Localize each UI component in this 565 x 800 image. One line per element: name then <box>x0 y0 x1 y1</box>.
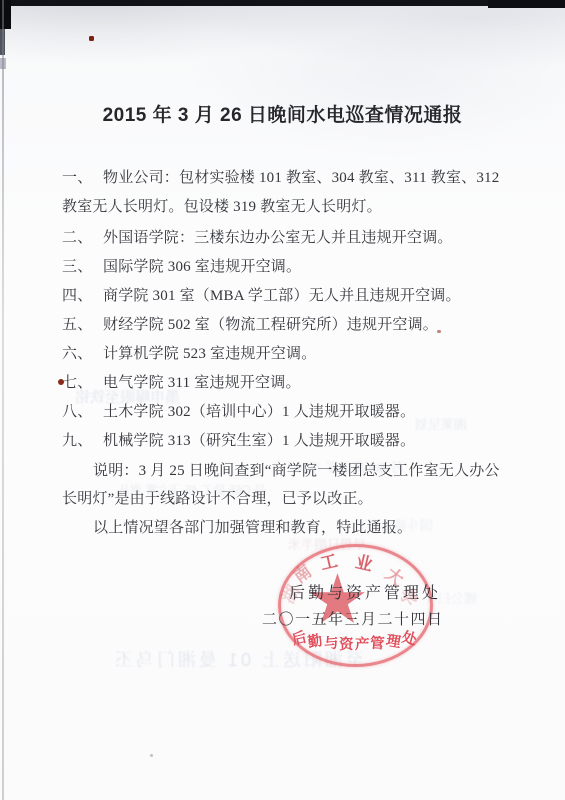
item-text: 国际学院 306 室违规开空调。 <box>103 259 301 275</box>
bleedthrough-text: 号 C65 励工 45 飞六雾 谢丛 <box>118 481 266 498</box>
item-number: 三、 <box>62 255 103 276</box>
seal-bottom-char: 产 <box>354 633 369 654</box>
seal-bottom-char: 管 <box>369 631 385 653</box>
seal-bottom-char: 资 <box>339 633 354 654</box>
item-text: 外国语学院：三楼东边办公室无人并且违规开空调。 <box>103 230 453 246</box>
official-seal: 湖 南 工 业 大 学 后 勤 与 资 产 管 理 处 <box>278 544 434 668</box>
item-text: 商学院 301 室（MBA 学工部）无人并且违规开空调。 <box>103 288 461 304</box>
bleedthrough-text: 号 6t9 高之零 斗26 <box>295 457 403 476</box>
ink-speck <box>150 754 153 757</box>
item-text: 教室无人长明灯。包设楼 319 教室无人长明灯。 <box>62 199 382 215</box>
item-text: 计算机学院 523 室违规开空调。 <box>103 346 316 362</box>
bleedthrough-text: 墨申曝眼至铁铭 <box>75 386 180 407</box>
notice-item-9: 九、机械学院 313（研究生室）1 人违规开取暖器。 <box>62 429 415 450</box>
notice-item-1-line-2: 教室无人长明灯。包设楼 319 教室无人长明灯。 <box>62 195 382 216</box>
scan-edge-top <box>0 0 565 6</box>
seal-bottom-char: 与 <box>323 631 339 653</box>
bleedthrough-text: 湘莱呈划 <box>415 414 467 433</box>
red-ink-dot <box>89 36 94 41</box>
seal-bottom-char: 理 <box>384 629 402 652</box>
notice-item-6: 六、计算机学院 523 室违规开空调。 <box>62 342 316 363</box>
bleedthrough-text: 国斗盛之必丁 <box>355 515 433 534</box>
item-number: 四、 <box>62 284 103 305</box>
notice-item-3: 三、国际学院 306 室违规开空调。 <box>62 255 301 276</box>
seal-bottom-text: 后 勤 与 资 产 管 理 处 <box>278 632 430 653</box>
signature-office: 后勤与资产管理处 <box>289 580 441 603</box>
item-text: 机械学院 313（研究生室）1 人违规开取暖器。 <box>103 433 415 449</box>
notice-title: 2015 年 3 月 26 日晚间水电巡查情况通报 <box>0 100 565 127</box>
scan-edge-top-right <box>488 0 565 8</box>
item-number: 一、 <box>62 166 103 187</box>
notice-item-2: 二、外国语学院：三楼东边办公室无人并且违规开空调。 <box>62 226 453 247</box>
scanned-notice-page: 2015 年 3 月 26 日晚间水电巡查情况通报 一、物业公司：包材实验楼 1… <box>0 0 565 800</box>
item-text: 财经学院 502 室（物流工程研究所）违规开空调。 <box>103 317 438 333</box>
item-number: 二、 <box>62 226 103 247</box>
notice-item-4: 四、商学院 301 室（MBA 学工部）无人并且违规开空调。 <box>62 284 461 305</box>
item-number: 九、 <box>62 429 103 450</box>
notice-item-5: 五、财经学院 502 室（物流工程研究所）违规开空调。 <box>62 313 438 334</box>
notice-item-1-line-1: 一、物业公司：包材实验楼 101 教室、304 教室、311 教室、312 <box>62 166 499 187</box>
notice-title-text: 2015 年 3 月 26 日晚间水电巡查情况通报 <box>103 105 463 126</box>
seal-bottom-char: 勤 <box>306 629 324 652</box>
item-text: 物业公司：包材实验楼 101 教室、304 教室、311 教室、312 <box>103 170 499 186</box>
item-number: 六、 <box>62 342 103 363</box>
item-number: 五、 <box>62 313 103 334</box>
signature-date: 二〇一五年三月二十四日 <box>262 608 444 629</box>
